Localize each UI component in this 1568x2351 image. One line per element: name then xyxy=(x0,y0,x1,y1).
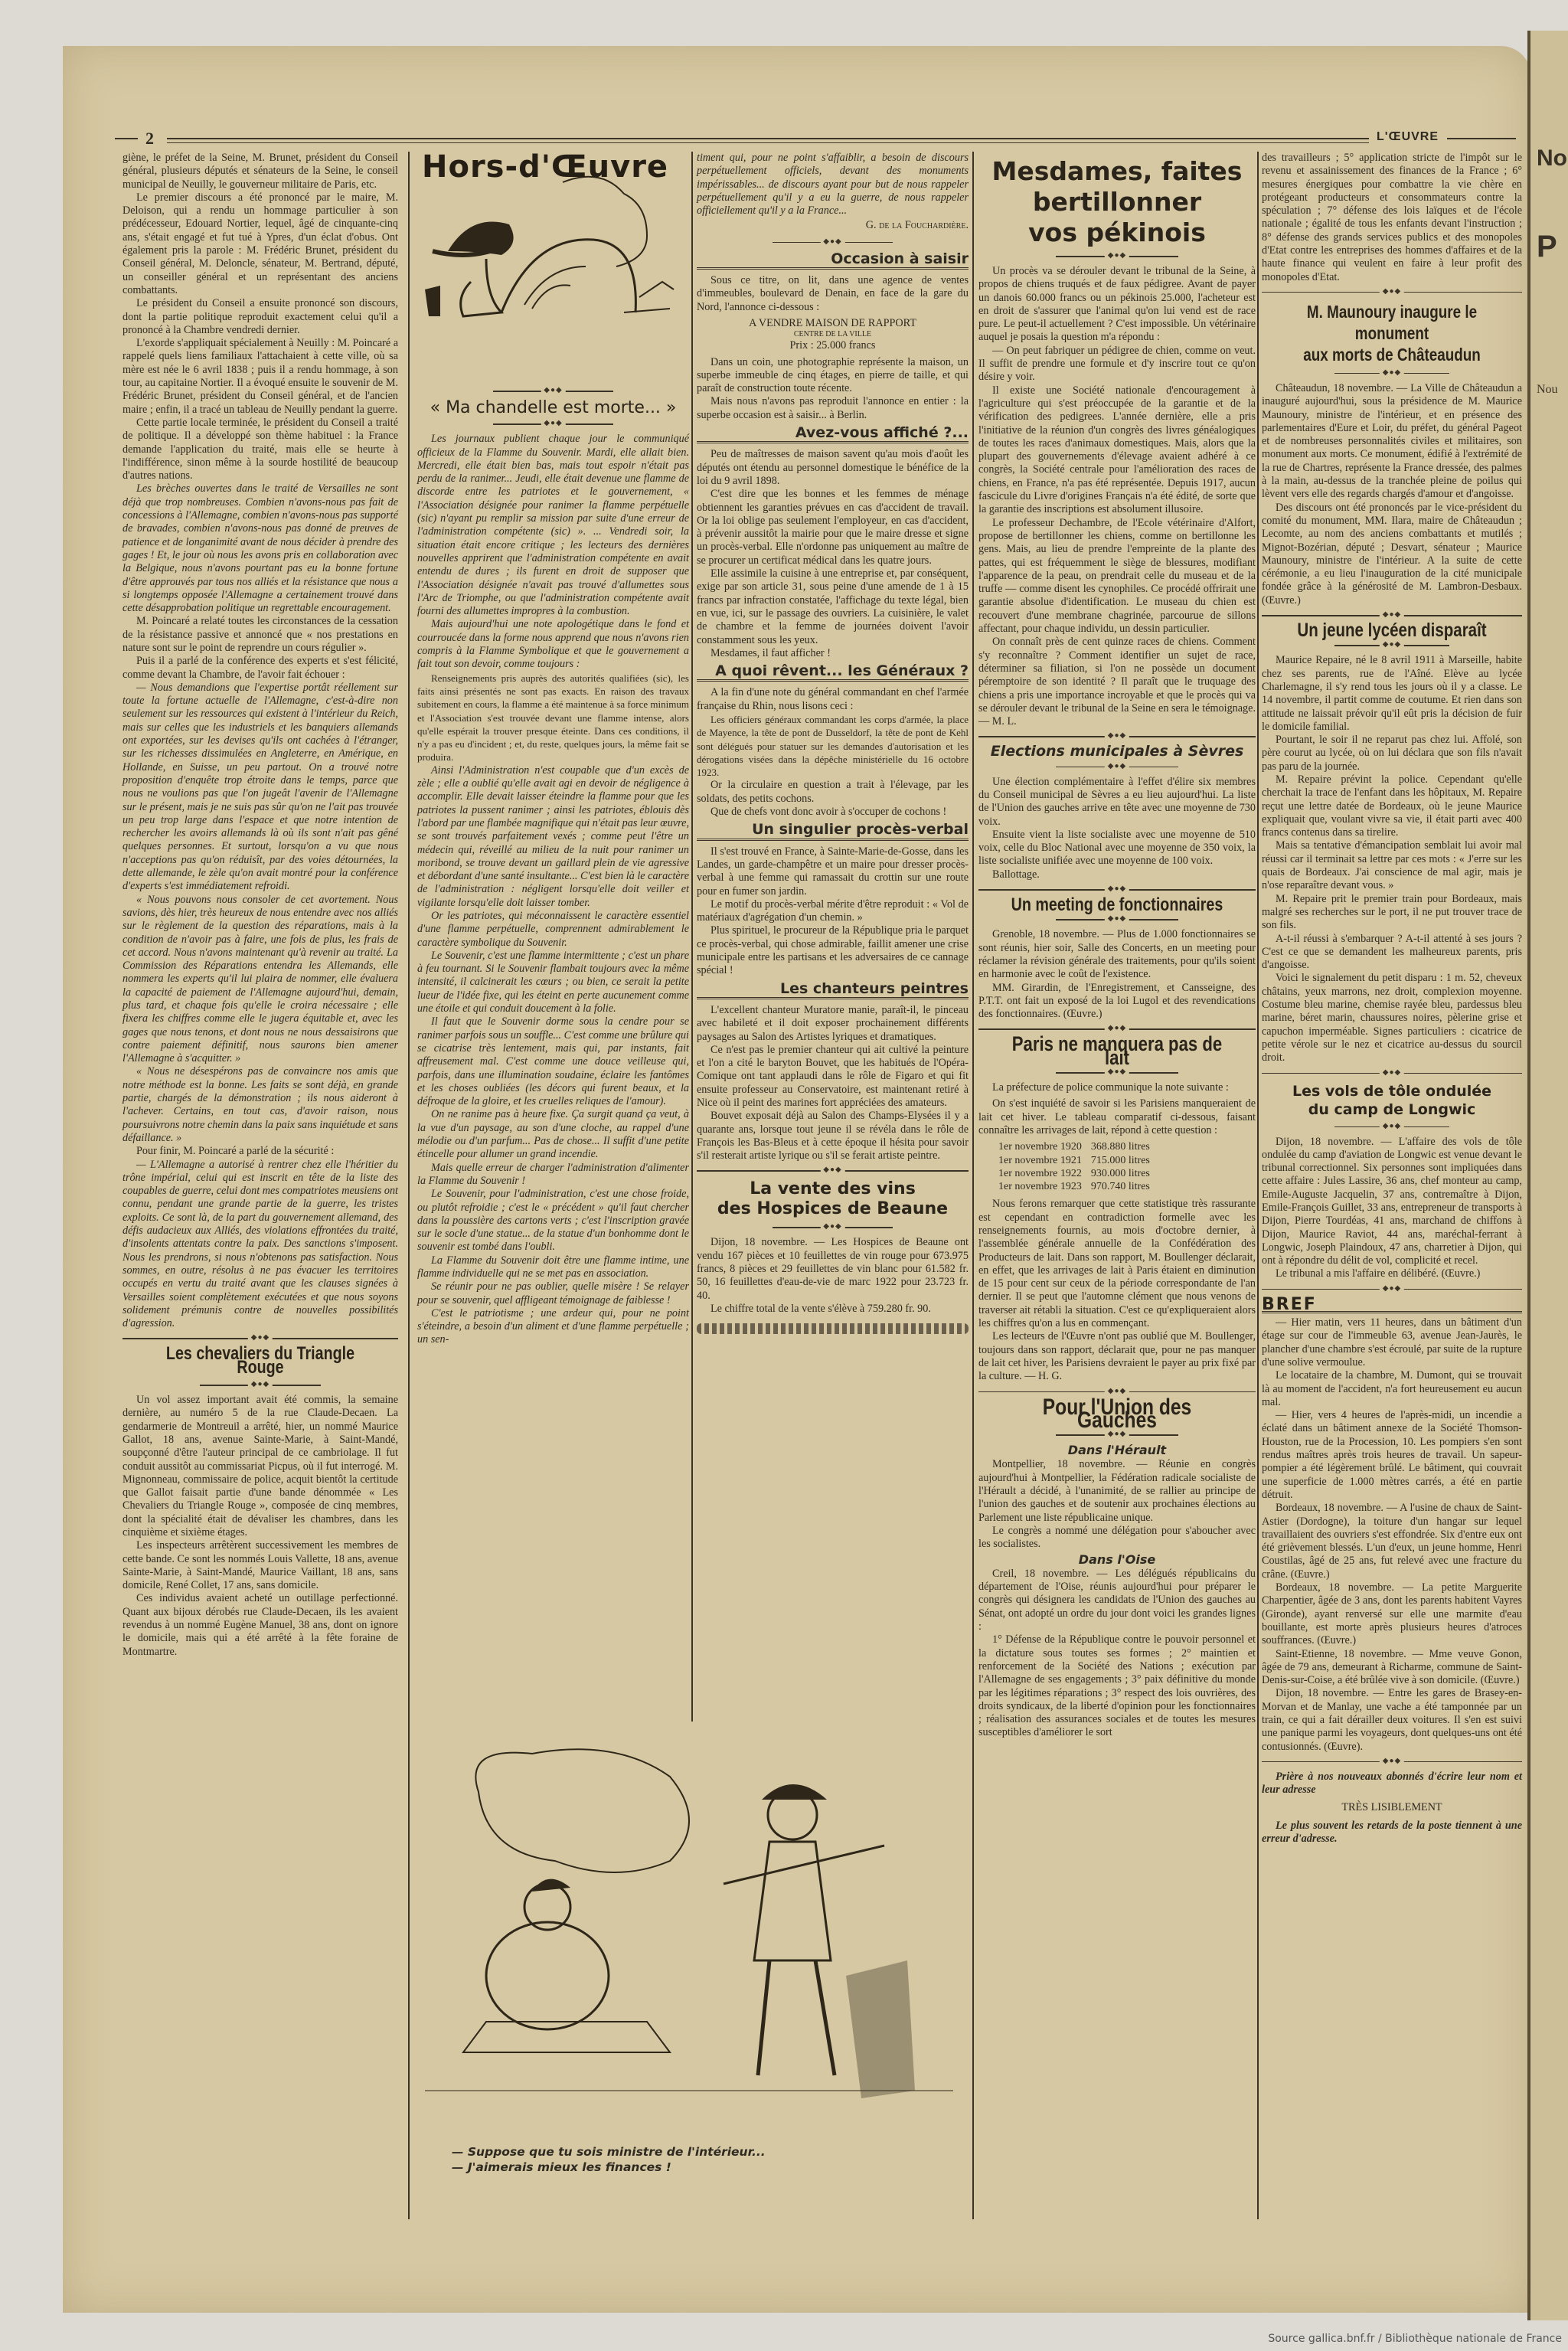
headline-pekinois-1: Mesdames, faites xyxy=(978,156,1256,187)
table-cell-litres: 368.880 litres xyxy=(1086,1140,1155,1153)
byline: G. de la Fouchardière. xyxy=(697,219,969,232)
article-paragraph: Cette partie locale terminée, le préside… xyxy=(122,417,398,482)
headline-occasion: Occasion à saisir xyxy=(697,253,969,270)
article-paragraph: Montpellier, 18 novembre. — Réunie en co… xyxy=(978,1458,1256,1524)
article-paragraph: Le Souvenir, c'est une flamme intermitte… xyxy=(417,950,689,1015)
headline-sevres: Elections municipales à Sèvres xyxy=(978,745,1256,758)
table-row: 1er novembre 1920368.880 litres xyxy=(994,1140,1155,1153)
article-paragraph: Plus spirituel, le procureur de la Répub… xyxy=(697,924,969,977)
article-paragraph: Il s'est trouvé en France, à Sainte-Mari… xyxy=(697,845,969,898)
table-row: 1er novembre 1922930.000 litres xyxy=(994,1167,1155,1180)
article-paragraph: Mais nous n'avons pas reproduit l'annonc… xyxy=(697,395,969,422)
article-paragraph: 1° Défense de la République contre le po… xyxy=(978,1633,1256,1739)
adjacent-page-edge: No P Nou xyxy=(1527,31,1568,2320)
ornamental-separator xyxy=(978,731,1256,742)
article-paragraph: Châteaudun, 18 novembre. — La Ville de C… xyxy=(1262,382,1522,502)
headline-proces-verbal: Un singulier procès-verbal xyxy=(697,823,969,840)
ad-line: A VENDRE MAISON DE RAPPORT xyxy=(697,317,969,330)
ad-line: CENTRE DE LA VILLE xyxy=(697,330,969,339)
article-paragraph: Dijon, 18 novembre. — L'affaire des vols… xyxy=(1262,1136,1522,1268)
article-paragraph: Mais sa tentative d'émancipation semblai… xyxy=(1262,839,1522,892)
table-cell-date: 1er novembre 1920 xyxy=(994,1140,1086,1153)
ornamental-separator xyxy=(1262,287,1522,298)
article-paragraph: Les inspecteurs arrêtèrent successivemen… xyxy=(122,1539,398,1592)
caption-line: — Suppose que tu sois ministre de l'inté… xyxy=(452,2144,766,2160)
column-3: timent qui, pour ne point s'affaiblir, a… xyxy=(697,152,969,1342)
headline-generaux: A quoi rêvent... les Généraux ? xyxy=(697,665,969,682)
article-paragraph: Ballottage. xyxy=(978,868,1256,881)
ad-line: Prix : 25.000 francs xyxy=(697,339,969,352)
brief-item: — Hier, vers 4 heures de l'après-midi, u… xyxy=(1262,1409,1522,1502)
headline-maunoury-2: aux morts de Châteaudun xyxy=(1285,344,1499,365)
headline-union-gauches: Pour l'Union des Gauches xyxy=(1004,1401,1231,1427)
article-paragraph: A la fin d'une note du général commandan… xyxy=(697,686,969,713)
table-cell-litres: 715.000 litres xyxy=(1086,1154,1155,1167)
ornamental-separator xyxy=(122,1333,398,1344)
ornamental-separator xyxy=(1262,368,1522,379)
subhead-oise: Dans l'Oise xyxy=(978,1553,1256,1566)
milk-arrivals-table: 1er novembre 1920368.880 litres 1er nove… xyxy=(994,1140,1155,1193)
article-paragraph: Le congrès a nommé une délégation pour s… xyxy=(978,1525,1256,1552)
brief-item: Saint-Etienne, 18 novembre. — Mme veuve … xyxy=(1262,1648,1522,1688)
quoted-paragraph: Renseignements pris auprès des autorités… xyxy=(417,672,689,764)
ornamental-separator xyxy=(122,1380,398,1391)
article-paragraph: Le tribunal a mis l'affaire en délibéré.… xyxy=(1262,1267,1522,1280)
article-paragraph: M. Repaire prit le premier train pour Bo… xyxy=(1262,893,1522,933)
article-paragraph: Une élection complémentaire à l'effet d'… xyxy=(978,776,1256,829)
headline-bref: BREF xyxy=(1262,1298,1522,1313)
ornamental-separator xyxy=(697,237,969,248)
brief-item: Dijon, 18 novembre. — Entre les gares de… xyxy=(1262,1687,1522,1753)
ornamental-separator xyxy=(978,884,1256,895)
article-paragraph: Nous ferons remarquer que cette statisti… xyxy=(978,1198,1256,1330)
article-paragraph: La préfecture de police communique la no… xyxy=(978,1081,1256,1094)
table-row: 1er novembre 1923970.740 litres xyxy=(994,1180,1155,1193)
ornamental-separator xyxy=(978,1430,1256,1440)
article-paragraph: Sous ce titre, on lit, dans une agence d… xyxy=(697,274,969,314)
headline-longwic-1: Les vols de tôle ondulée xyxy=(1262,1082,1522,1100)
article-paragraph: Ces individus avaient acheté un outillag… xyxy=(122,1592,398,1658)
article-paragraph: Mais quelle erreur de charger l'administ… xyxy=(417,1162,689,1189)
next-page-fragment: P xyxy=(1537,230,1557,264)
article-paragraph: Que de chefs vont donc avoir à s'occuper… xyxy=(697,806,969,819)
article-paragraph: timent qui, pour ne point s'affaiblir, a… xyxy=(697,152,969,217)
article-paragraph: C'est le patriotisme ; une ardeur qui, p… xyxy=(417,1307,689,1347)
article-paragraph: Les lecteurs de l'Œuvre n'ont pas oublié… xyxy=(978,1330,1256,1383)
ornamental-separator xyxy=(1262,640,1522,651)
article-paragraph: Le premier discours a été prononcé par l… xyxy=(122,191,398,297)
headline-lyceen: Un jeune lycéen disparaît xyxy=(1285,624,1499,637)
article-paragraph: Le motif du procès-verbal mérite d'être … xyxy=(697,898,969,925)
ornamental-separator xyxy=(697,1166,969,1176)
article-paragraph: Puis il a parlé de la conférence des exp… xyxy=(122,655,398,682)
header-rule xyxy=(1447,138,1516,139)
article-paragraph: Un vol assez important avait été commis,… xyxy=(122,1394,398,1539)
article-paragraph: Pourtant, le soir il ne reparut pas chez… xyxy=(1262,734,1522,773)
article-paragraph: Un procès va se dérouler devant le tribu… xyxy=(978,265,1256,345)
napoleon-sketch-icon xyxy=(417,152,689,381)
header-rule xyxy=(167,142,1369,143)
headline-fonctionnaires: Un meeting de fonctionnaires xyxy=(1004,898,1231,911)
page-number: 2 xyxy=(145,129,154,149)
article-paragraph: Le Souvenir, pour l'administration, c'es… xyxy=(417,1188,689,1254)
next-page-fragment: No xyxy=(1537,146,1567,172)
article-paragraph: L'exorde s'appliquait spécialement à Neu… xyxy=(122,337,398,417)
header-rule xyxy=(167,138,1369,139)
table-cell-litres: 930.000 litres xyxy=(1086,1167,1155,1180)
source-credit: Source gallica.bnf.fr / Bibliothèque nat… xyxy=(1268,2333,1562,2345)
quoted-paragraph: « Nous pouvons nous consoler de cet avor… xyxy=(122,894,398,1066)
quoted-paragraph: Les officiers généraux commandant les co… xyxy=(697,713,969,779)
ornamental-separator xyxy=(417,386,689,397)
ornamental-separator xyxy=(978,914,1256,925)
ornamental-separator xyxy=(417,419,689,430)
headline-chanteurs: Les chanteurs peintres xyxy=(697,983,969,999)
table-cell-litres: 970.740 litres xyxy=(1086,1180,1155,1193)
masthead: L'ŒUVRE xyxy=(1377,130,1439,144)
article-paragraph: Ensuite vient la liste socialiste avec u… xyxy=(978,829,1256,868)
article-paragraph: Elle assimile la cuisine à une entrepris… xyxy=(697,567,969,647)
article-paragraph: On ne ranime pas à heure fixe. Ça surgit… xyxy=(417,1108,689,1161)
article-paragraph: M. Poincaré a relaté toutes les circonst… xyxy=(122,615,398,655)
brief-item: Le locataire de la chambre, M. Dumont, q… xyxy=(1262,1369,1522,1409)
article-paragraph: Bouvet exposait déjà au Salon des Champs… xyxy=(697,1110,969,1162)
article-paragraph: MM. Girardin, de l'Enregistrement, et Ca… xyxy=(978,982,1256,1022)
column-4: Mesdames, faites bertillonner vos pékino… xyxy=(978,152,1256,1740)
ornamental-separator xyxy=(1262,1068,1522,1079)
article-paragraph: Se réunir pour ne pas oublier, quelle mi… xyxy=(417,1280,689,1307)
article-paragraph: On connaît près de cent quinze races de … xyxy=(978,636,1256,728)
column-rule xyxy=(1257,152,1259,2219)
quoted-paragraph: Les brèches ouvertes dans le traité de V… xyxy=(122,482,398,615)
article-paragraph: Il existe une Société nationale d'encour… xyxy=(978,384,1256,517)
article-paragraph: giène, le préfet de la Seine, M. Brunet,… xyxy=(122,152,398,191)
hors-doeuvre-title: Hors-d'Œuvre xyxy=(422,161,668,174)
ornamental-separator xyxy=(1262,1122,1522,1133)
quoted-paragraph: — L'Allemagne a autorisé à rentrer chez … xyxy=(122,1159,398,1331)
article-paragraph: Il faut que le Souvenir dorme sous la ce… xyxy=(417,1015,689,1108)
article-paragraph: Grenoble, 18 novembre. — Plus de 1.000 f… xyxy=(978,928,1256,981)
cartoon-caption: — Suppose que tu sois ministre de l'inté… xyxy=(452,2144,766,2175)
article-paragraph: Creil, 18 novembre. — Les délégués répub… xyxy=(978,1568,1256,1633)
article-paragraph: C'est dire que les bonnes et les femmes … xyxy=(697,488,969,567)
article-paragraph: La Flamme du Souvenir doit être une flam… xyxy=(417,1254,689,1281)
subscriber-notice: Prière à nos nouveaux abonnés d'écrire l… xyxy=(1262,1771,1522,1797)
article-paragraph: Ainsi l'Administration n'est coupable qu… xyxy=(417,764,689,910)
table-cell-date: 1er novembre 1923 xyxy=(994,1180,1086,1193)
article-paragraph: L'excellent chanteur Muratore manie, par… xyxy=(697,1004,969,1044)
article-paragraph: Des discours ont été prononcés par le vi… xyxy=(1262,502,1522,607)
column-rule xyxy=(691,152,693,1722)
ornamental-separator xyxy=(1262,1284,1522,1295)
article-paragraph: Or la circulaire en question a trait à l… xyxy=(697,779,969,806)
headline-beaune-2: des Hospices de Beaune xyxy=(697,1199,969,1219)
article-paragraph: Mais aujourd'hui une note apologétique d… xyxy=(417,618,689,671)
headline-chandelle: « Ma chandelle est morte... » xyxy=(417,401,689,414)
political-cartoon-icon xyxy=(417,1731,969,2144)
brief-item: — Hier matin, vers 11 heures, dans un bâ… xyxy=(1262,1316,1522,1369)
article-paragraph: Les journaux publient chaque jour le com… xyxy=(417,433,689,618)
page-header: 2 L'ŒUVRE xyxy=(115,132,1516,150)
subscriber-notice: Le plus souvent les retards de la poste … xyxy=(1262,1820,1522,1846)
header-rule xyxy=(115,138,138,139)
article-paragraph: Mesdames, il faut afficher ! xyxy=(697,647,969,660)
article-paragraph: des travailleurs ; 5° application strict… xyxy=(1262,152,1522,284)
article-paragraph: Dans un coin, une photographie représent… xyxy=(697,356,969,396)
article-paragraph: M. Repaire prévint la police. Cependant … xyxy=(1262,773,1522,839)
article-paragraph: Ce n'est pas le premier chanteur qui ait… xyxy=(697,1044,969,1110)
table-row: 1er novembre 1921715.000 litres xyxy=(994,1154,1155,1167)
article-paragraph: Peu de maîtresses de maison savent qu'au… xyxy=(697,448,969,488)
headline-lait: Paris ne manquera pas de lait xyxy=(1004,1038,1231,1064)
caption-line: — J'aimerais mieux les finances ! xyxy=(452,2160,766,2175)
headline-pekinois-3: vos pékinois xyxy=(978,217,1256,248)
table-cell-date: 1er novembre 1922 xyxy=(994,1167,1086,1180)
article-paragraph: Le chiffre total de la vente s'élève à 7… xyxy=(697,1303,969,1316)
headline-longwic-2: du camp de Longwic xyxy=(1262,1100,1522,1119)
article-paragraph: Or les patriotes, qui méconnaissent le c… xyxy=(417,910,689,950)
headline-triangle-rouge: Les chevaliers du Triangle Rouge xyxy=(147,1347,373,1374)
table-cell-date: 1er novembre 1921 xyxy=(994,1154,1086,1167)
headline-beaune-1: La vente des vins xyxy=(697,1179,969,1199)
ornamental-separator xyxy=(697,1222,969,1233)
brief-item: Bordeaux, 18 novembre. — La petite Margu… xyxy=(1262,1581,1522,1647)
column-rule xyxy=(972,152,974,2219)
column-1: giène, le préfet de la Seine, M. Brunet,… xyxy=(122,152,398,1659)
headline-affiche: Avez-vous affiché ?... xyxy=(697,427,969,443)
column-2: Hors-d'Œuvre « Ma chandelle est morte...… xyxy=(417,152,689,1347)
article-paragraph: Voici le signalement du petit disparu : … xyxy=(1262,972,1522,1064)
ornamental-separator xyxy=(978,251,1256,262)
article-paragraph: On s'est inquiété de savoir si les Paris… xyxy=(978,1097,1256,1137)
headline-pekinois-2: bertillonner xyxy=(978,187,1256,217)
ornamental-separator xyxy=(978,1068,1256,1078)
hors-doeuvre-illustration: Hors-d'Œuvre xyxy=(417,152,689,381)
article-paragraph: Dijon, 18 novembre. — Les Hospices de Be… xyxy=(697,1236,969,1302)
wavy-border xyxy=(697,1323,969,1334)
brief-item: Bordeaux, 18 novembre. — A l'usine de ch… xyxy=(1262,1502,1522,1581)
next-page-fragment: Nou xyxy=(1537,383,1558,397)
column-5: des travailleurs ; 5° application strict… xyxy=(1262,152,1522,1846)
subscriber-notice-emphasis: TRÈS LISIBLEMENT xyxy=(1262,1801,1522,1814)
column-rule xyxy=(408,152,410,2219)
article-paragraph: A-t-il réussi à s'embarquer ? A-t-il att… xyxy=(1262,933,1522,973)
article-paragraph: Le professeur Dechambre, de l'Ecole vété… xyxy=(978,517,1256,636)
quoted-paragraph: « Nous ne désespérons pas de convaincre … xyxy=(122,1065,398,1145)
ornamental-separator xyxy=(1262,1757,1522,1767)
article-paragraph: Maurice Repaire, né le 8 avril 1911 à Ma… xyxy=(1262,654,1522,734)
quoted-paragraph: — Nous demandions que l'expertise portât… xyxy=(122,682,398,894)
article-paragraph: Pour finir, M. Poincaré a parlé de la sé… xyxy=(122,1145,398,1158)
article-paragraph: Le président du Conseil a ensuite pronon… xyxy=(122,297,398,337)
article-paragraph: — On peut fabriquer un pédigree de chien… xyxy=(978,345,1256,384)
ornamental-separator xyxy=(978,762,1256,773)
subhead-herault: Dans l'Hérault xyxy=(978,1444,1256,1457)
headline-maunoury-1: M. Maunoury inaugure le monument xyxy=(1285,301,1499,344)
